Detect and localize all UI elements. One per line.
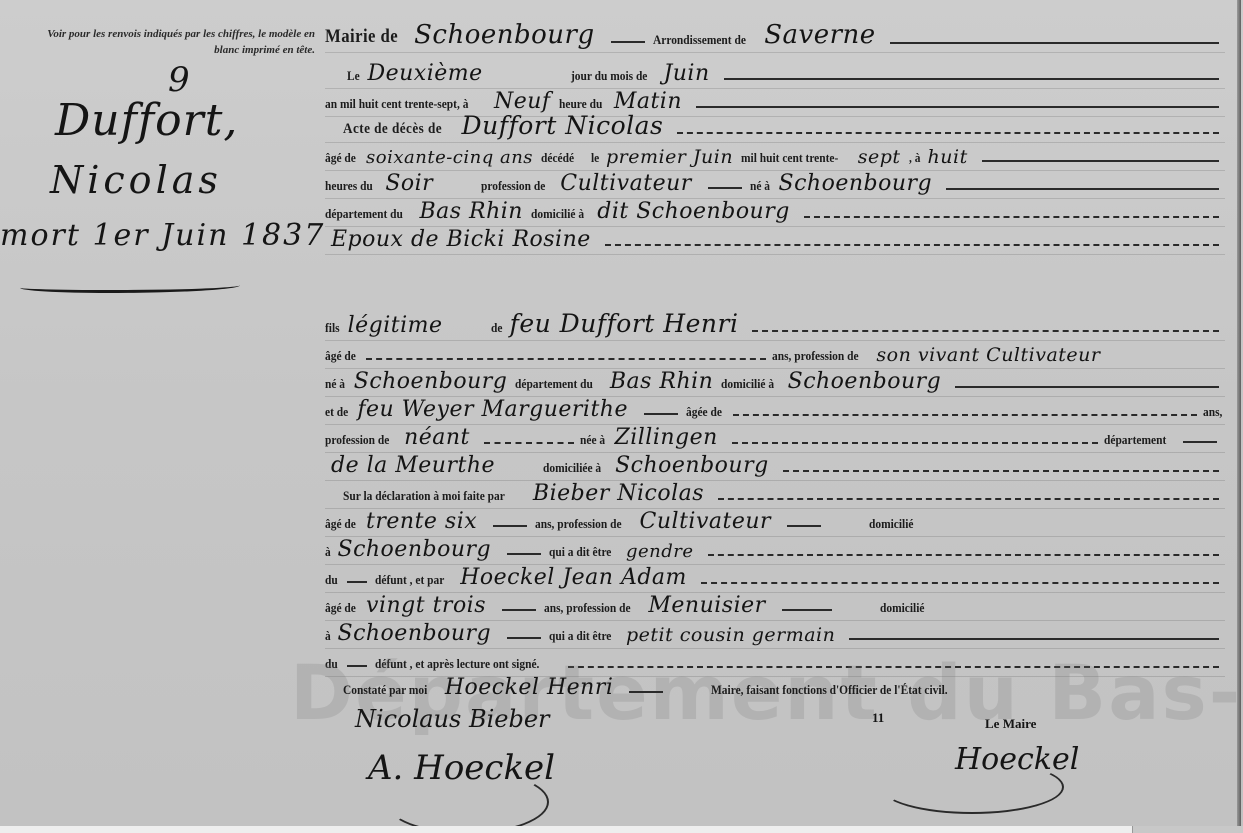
row-mairie: Mairie de Schoenbourg Arrondissement de … (325, 22, 1225, 53)
fill-line (696, 106, 1219, 108)
fill-line (752, 330, 1219, 332)
fill-line (982, 160, 1219, 162)
domicile-value: dit Schoenbourg (591, 199, 798, 226)
father-value: feu Duffort Henri (504, 309, 747, 340)
death-hour-value: huit (922, 146, 976, 170)
fill-line (849, 638, 1219, 640)
decede-label: décédé (541, 150, 574, 170)
d1-ans-label: ans, profession de (535, 516, 622, 536)
mairie-label: Mairie de (325, 26, 398, 52)
d1-relation-value: gendre (620, 541, 702, 564)
departement-value: Bas Rhin (413, 199, 531, 226)
a-label: , à (909, 150, 920, 170)
departement-label: département du (325, 206, 403, 226)
fill-line (890, 42, 1219, 44)
age-label: âgé de (325, 150, 356, 170)
d2-age-label: âgé de (325, 600, 356, 620)
month-value: Juin (657, 61, 717, 88)
spouse-value: Epoux de Bicki Rosine (325, 227, 599, 254)
death-time-value: Soir (379, 171, 441, 198)
row-age-death: âgé de soixante-cinq ans décédé le premi… (325, 140, 1225, 171)
heures-label: heures du (325, 178, 373, 198)
fils-value: légitime (342, 313, 451, 340)
mayor-label: Le Maire (985, 716, 1036, 732)
d1-domicile-value: Schoenbourg (332, 537, 500, 564)
fill-line (733, 414, 1197, 416)
d2-relation-label: qui a dit être (549, 628, 611, 648)
birthplace-value: Schoenbourg (773, 171, 941, 198)
father-domicile-value: Schoenbourg (782, 369, 950, 396)
dash (787, 525, 821, 527)
signature-flourish (385, 770, 549, 826)
death-year-label: mil huit cent trente- (741, 150, 838, 170)
row-declaration: Sur la déclaration à moi faite par Biebe… (325, 478, 1225, 509)
row-profession: heures du Soir profession de Cultivateur… (325, 168, 1225, 199)
fill-line (804, 216, 1219, 218)
signature-declarant-1: Nicolaus Bieber (355, 705, 550, 733)
row-mother-profession: profession de néant née à Zillingen dépa… (325, 422, 1225, 453)
row-spouse: Epoux de Bicki Rosine (325, 224, 1225, 255)
row-constate: Constaté par moi Hoeckel Henri Maire, fa… (325, 672, 1225, 702)
margin-given-name: Nicolas (50, 158, 222, 202)
acte-label: Acte de décès de (343, 121, 442, 142)
fils-label: fils (325, 320, 340, 340)
father-profession-value: son vivant Cultivateur (870, 344, 1108, 368)
mother-profession-value: néant (398, 425, 478, 452)
d1-a-label: à (325, 544, 331, 564)
fill-line (783, 470, 1219, 472)
mother-ans-label: ans, (1203, 404, 1222, 424)
d2-relation-value: petit cousin germain (620, 624, 843, 648)
dash (1183, 441, 1217, 443)
fill-line (701, 582, 1219, 584)
profession-value: Cultivateur (554, 171, 700, 198)
father-dept-label: département du (515, 376, 593, 396)
officer-value: Hoeckel Henri (439, 675, 622, 702)
d2-ans-label: ans, profession de (544, 600, 631, 620)
mother-nee-label: née à (580, 432, 605, 452)
fill-line (955, 386, 1219, 388)
declarant1-name: Bieber Nicolas (527, 481, 712, 508)
arrondissement-label: Arrondissement de (653, 32, 746, 52)
mother-value: feu Weyer Marguerithe (351, 397, 636, 424)
row-fils: fils légitime de feu Duffort Henri (325, 310, 1225, 341)
mairie-value: Schoenbourg (408, 20, 603, 52)
decl-label: Sur la déclaration à moi faite par (343, 488, 505, 508)
row-father-age: âgé de ans, profession de son vivant Cul… (325, 338, 1225, 369)
fill-line (568, 666, 1219, 668)
du-label: du (325, 572, 338, 592)
fill-line (708, 554, 1219, 556)
fill-line (366, 358, 766, 360)
le-label: Le (347, 68, 360, 88)
dash (708, 187, 742, 189)
arrondissement-value: Saverne (758, 20, 883, 52)
mother-dept-label: département (1104, 432, 1166, 452)
mother-domicile-value: Schoenbourg (609, 453, 777, 480)
dash (507, 637, 541, 639)
constate-label: Constaté par moi (343, 682, 427, 702)
dash (782, 609, 832, 611)
father-ne-label: né à (325, 376, 345, 396)
officer-title: Maire, faisant fonctions d'Officier de l… (711, 682, 948, 702)
profession-label: profession de (481, 178, 545, 198)
row-date: Le Deuxième jour du mois de Juin (325, 58, 1225, 89)
row-d1-age: âgé de trente six ans, profession de Cul… (325, 506, 1225, 537)
d2-age-value: vingt trois (360, 593, 494, 620)
fill-line (946, 188, 1219, 190)
viewer-bottom-strip (0, 826, 1243, 833)
domicile-label: domicilié à (531, 206, 584, 226)
dash (493, 525, 527, 527)
le2-label: le (591, 150, 599, 170)
mother-age-label: âgée de (686, 404, 722, 424)
dash (611, 41, 645, 43)
page-edge-shadow (1237, 0, 1241, 826)
etde-label: et de (325, 404, 348, 424)
fill-line (724, 78, 1219, 80)
father-birthplace-value: Schoenbourg (348, 369, 516, 396)
father-age-label: âgé de (325, 348, 356, 368)
fill-line (677, 132, 1219, 134)
d2-profession-value: Menuisier (642, 593, 773, 620)
row-d2-age: âgé de vingt trois ans, profession de Me… (325, 590, 1225, 621)
d1-profession-value: Cultivateur (634, 509, 780, 536)
fill-line (484, 442, 574, 444)
day-value: Deuxième (361, 61, 490, 88)
margin-instruction-note: Voir pour les renvois indiqués par les c… (30, 26, 315, 58)
margin-surname: Duffort, (55, 95, 238, 146)
declarant2-name: Hoeckel Jean Adam (454, 565, 695, 592)
row-d1-domicile: à Schoenbourg qui a dit être gendre (325, 534, 1225, 565)
margin-entry-number: 9 (168, 60, 190, 100)
defunt-label: défunt , et par (375, 572, 444, 592)
d1-relation-label: qui a dit être (549, 544, 611, 564)
margin-death-note: mort 1er Juin 1837 (0, 218, 325, 253)
deceased-value: Duffort Nicolas (456, 111, 672, 142)
row-father-birth: né à Schoenbourg département du Bas Rhin… (325, 366, 1225, 397)
father-domicile-label: domicilié à (721, 376, 774, 396)
death-year-value: sept (852, 146, 909, 170)
jour-label: jour du mois de (571, 68, 647, 88)
father-dept-value: Bas Rhin (604, 369, 722, 396)
d2-domicile-value: Schoenbourg (332, 621, 500, 648)
mother-prof-label: profession de (325, 432, 389, 452)
d2-domicile-label: domicilié (880, 600, 924, 620)
row-d2-domicile: à Schoenbourg qui a dit être petit cousi… (325, 618, 1225, 649)
d1-domicile-label: domicilié (869, 516, 913, 536)
fill-line (605, 244, 1219, 246)
mother-birthplace-value: Zillingen (608, 425, 725, 452)
signature-mark: 11 (872, 710, 884, 726)
dash (347, 665, 367, 667)
row-acte: Acte de décès de Duffort Nicolas (325, 112, 1225, 143)
dash (644, 413, 678, 415)
ans-label: ans, profession de (772, 348, 859, 368)
d2-a-label: à (325, 628, 331, 648)
row-mother: et de feu Weyer Marguerithe âgée de ans, (325, 394, 1225, 425)
mayor-signature-flourish (880, 760, 1064, 814)
row-mother-domicile: de la Meurthe domiciliée à Schoenbourg (325, 450, 1225, 481)
dash (347, 581, 367, 583)
d1-age-value: trente six (360, 509, 485, 536)
de-label: de (491, 320, 502, 340)
row-d2: du défunt , et par Hoeckel Jean Adam (325, 562, 1225, 593)
dash (507, 553, 541, 555)
row-departement: département du Bas Rhin domicilié à dit … (325, 196, 1225, 227)
fill-line (718, 498, 1219, 500)
dash (629, 691, 663, 693)
age-value: soixante-cinq ans (360, 147, 541, 170)
fill-line (732, 442, 1098, 444)
d1-age-label: âgé de (325, 516, 356, 536)
scanned-document-page: Voir pour les renvois indiqués par les c… (0, 0, 1243, 826)
ne-label: né à (750, 178, 770, 198)
margin-flourish-line (20, 280, 240, 293)
death-date-value: premier Juin (600, 146, 741, 170)
mother-domicile-label: domiciliée à (543, 460, 601, 480)
dash (502, 609, 536, 611)
viewer-corner-box (1132, 826, 1243, 833)
mother-dept-value: de la Meurthe (325, 453, 503, 480)
